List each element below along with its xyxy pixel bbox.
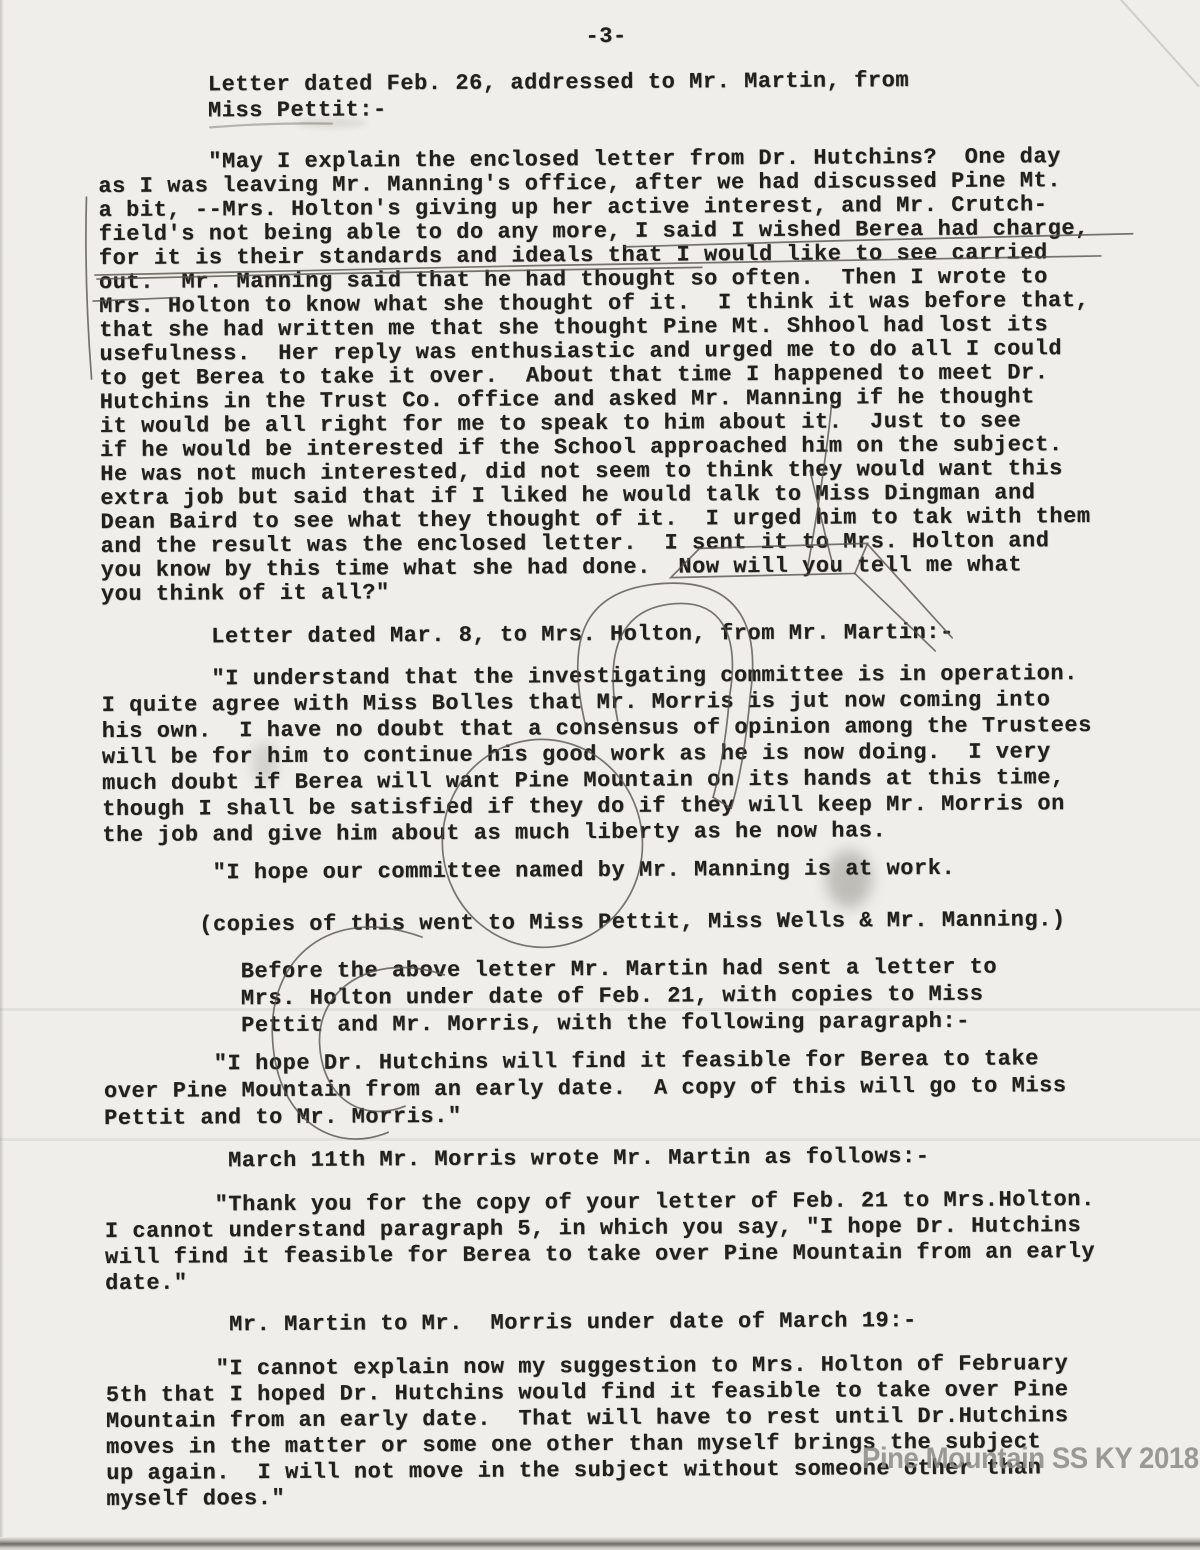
para-committee-at-work: "I hope our committee named by Mr. Manni… (103, 856, 956, 887)
heading-letter-mar8: Letter dated Mar. 8, to Mrs. Holton, fro… (101, 620, 954, 651)
para-pettit-letter-line: you think of it all?" (101, 577, 1091, 607)
heading-letter-feb26-line: Miss Pettit:- (98, 94, 910, 125)
para-committee-at-work-line: "I hope our committee named by Mr. Manni… (103, 856, 956, 887)
heading-march-19: Mr. Martin to Mr. Morris under date of M… (105, 1308, 917, 1339)
para-copies-note-line: (copies of this went to Miss Pettit, Mis… (103, 907, 1066, 939)
pencil-margin-line (86, 197, 92, 379)
heading-letter-mar8-line: Letter dated Mar. 8, to Mrs. Holton, fro… (101, 620, 954, 651)
para-thank-you: "Thank you for the copy of your letter o… (105, 1187, 1096, 1297)
scanned-typescript: -3- Letter dated Feb. 26, addressed to M… (0, 0, 1200, 1550)
para-before-letter-line: Pettit and Mr. Morris, with the followin… (103, 1008, 997, 1040)
para-copies-note: (copies of this went to Miss Pettit, Mis… (103, 907, 1066, 939)
para-investigating-line: the job and give him about as much liber… (102, 817, 1092, 849)
para-hope-hutchins-line: Pettit and to Mr. Morris." (104, 1099, 1067, 1132)
para-cannot-explain: "I cannot explain now my suggestion to M… (106, 1351, 1070, 1513)
para-pettit-letter: "May I explain the enclosed letter from … (98, 145, 1091, 607)
paper-bottom-edge (0, 1537, 1200, 1550)
document-page: -3- Letter dated Feb. 26, addressed to M… (0, 0, 1200, 1550)
para-hope-hutchins: "I hope Dr. Hutchins will find it feasib… (104, 1045, 1067, 1132)
typewritten-text: -3- Letter dated Feb. 26, addressed to M… (0, 0, 1195, 4)
heading-letter-feb26: Letter dated Feb. 26, addressed to Mr. M… (98, 68, 910, 125)
page-number-line: -3- (585, 24, 626, 50)
heading-letter-feb26-line: Letter dated Feb. 26, addressed to Mr. M… (98, 68, 910, 99)
page-number: -3- (585, 24, 626, 50)
heading-march-19-line: Mr. Martin to Mr. Morris under date of M… (105, 1308, 917, 1339)
watermark: Pine Mountain SS KY 2018 (862, 1442, 1138, 1476)
para-before-letter: Before the above letter Mr. Martin had s… (103, 954, 997, 1040)
para-investigating: "I understand that the investigating com… (101, 661, 1092, 849)
heading-march-11: March 11th Mr. Morris wrote Mr. Martin a… (104, 1144, 929, 1175)
heading-march-11-line: March 11th Mr. Morris wrote Mr. Martin a… (104, 1144, 929, 1175)
para-cannot-explain-line: myself does." (106, 1481, 1069, 1513)
